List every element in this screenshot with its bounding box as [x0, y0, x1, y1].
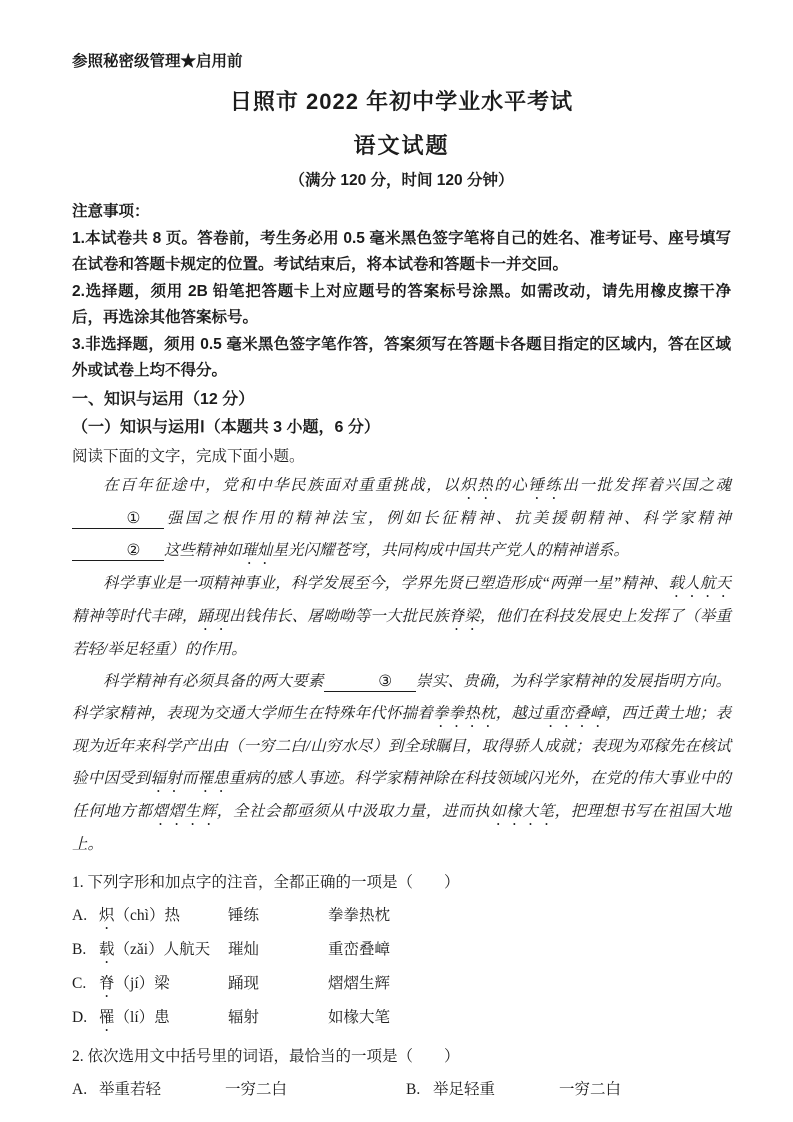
passage-text: 锤练	[228, 907, 259, 924]
passage-text: 辐射	[228, 1009, 259, 1026]
option-word: 一穷二白	[225, 1073, 406, 1106]
passage-text: 出钱伟长、屠呦呦等一大批民族	[229, 608, 449, 625]
passage-text: （jí）梁	[115, 975, 170, 992]
notice-item: 2.选择题，须用 2B 铅笔把答题卡上对应题号的答案标号涂黑。如需改动，请先用橡…	[72, 279, 731, 332]
option-word: 脊（jí）梁	[99, 967, 228, 1001]
subsection-heading: （一）知识与运用Ⅰ（本题共 3 小题，6 分）	[72, 415, 731, 441]
passage-paragraph: 科学事业是一项精神事业，科学发展至今，学界先贤已塑造形成“两弹一星”精神、载人航…	[72, 568, 731, 666]
security-classification-line: 参照秘密级管理★启用前	[72, 52, 731, 72]
option-word: 一穷二白	[559, 1073, 740, 1106]
answer-blank: ①	[72, 510, 164, 529]
emphasized-word: 重峦叠嶂	[543, 705, 606, 722]
question-2-options: A.举重若轻一穷二白B.举足轻重一穷二白	[72, 1073, 731, 1106]
emphasized-word: 踊现	[198, 608, 229, 625]
option-label: B.	[72, 933, 99, 967]
answer-blank: ②	[72, 542, 164, 561]
option-word: 举足轻重	[433, 1073, 559, 1106]
emphasized-word: 锤练	[528, 477, 562, 494]
option-label: C.	[72, 967, 99, 1001]
option-label: A.	[72, 899, 99, 933]
option-row: B.载（zǎi）人航天璀灿重峦叠嶂	[72, 933, 731, 967]
passage-text: （lí）患	[115, 1009, 170, 1026]
emphasized-word: 璀灿	[242, 542, 273, 559]
passage-text: 的心	[494, 477, 528, 494]
option-word: 载（zǎi）人航天	[99, 933, 228, 967]
notice-item: 1.本试卷共 8 页。答卷前，考生务必用 0.5 毫米黑色签字笔将自己的姓名、准…	[72, 226, 731, 279]
passage-text: 拳拳热枕	[328, 907, 390, 924]
emphasized-word: 熠熠生辉	[152, 803, 216, 820]
emphasized-word: 拳拳热枕	[433, 705, 496, 722]
exam-score-time: （满分 120 分，时间 120 分钟）	[72, 171, 731, 191]
emphasized-word: 载人航天	[669, 575, 731, 592]
option-word: 锤练	[228, 899, 328, 933]
option-label: A.	[72, 1073, 99, 1106]
question-1-options: A.炽（chì）热锤练拳拳热枕B.载（zǎi）人航天璀灿重峦叠嶂C.脊（jí）梁…	[72, 899, 731, 1035]
option-word: 炽（chì）热	[99, 899, 228, 933]
question-1: 1. 下列字形和加点字的注音，全都正确的一项是（ ） A.炽（chì）热锤练拳拳…	[72, 867, 731, 1035]
passage-text: 出一批发挥着兴国之魂	[562, 477, 731, 494]
passage-text: ，全社会都亟须从中汲取力量，进而执	[217, 803, 490, 820]
passage-text: 精神等时代丰碑，	[72, 608, 198, 625]
exam-paper-page: 参照秘密级管理★启用前 日照市 2022 年初中学业水平考试 语文试题 （满分 …	[0, 0, 793, 1122]
exam-title: 日照市 2022 年初中学业水平考试	[72, 88, 731, 116]
emphasized-word: 罹患	[198, 770, 229, 787]
emphasized-word: 脊	[99, 975, 115, 992]
passage-text: 科学事业是一项精神事业，科学发展至今，学界先贤已塑造形成“两弹一星”精神、	[103, 575, 669, 592]
option-word: 辐射	[228, 1001, 328, 1035]
emphasized-word: 辐射	[150, 770, 181, 787]
option-row: C.脊（jí）梁踊现熠熠生辉	[72, 967, 731, 1001]
option-word: 罹（lí）患	[99, 1001, 228, 1035]
emphasized-word: 载	[99, 941, 115, 958]
passage-text: 熠熠生辉	[328, 975, 390, 992]
emphasized-word: 炽热	[460, 477, 494, 494]
exam-subject-title: 语文试题	[72, 133, 731, 159]
option-row: D.罹（lí）患辐射如椽大笔	[72, 1001, 731, 1035]
passage-text: 踊现	[228, 975, 259, 992]
notice-heading: 注意事项：	[72, 199, 731, 226]
passage-text: 在百年征途中，党和中华民族面对重重挑战，以	[103, 477, 460, 494]
passage-paragraph: 在百年征途中，党和中华民族面对重重挑战，以炽热的心锤练出一批发挥着兴国之魂①强国…	[72, 470, 731, 568]
emphasized-word: 如椽大笔	[490, 803, 554, 820]
passage-text: 如椽大笔	[328, 1009, 390, 1026]
question-1-stem: 1. 下列字形和加点字的注音，全都正确的一项是（ ）	[72, 867, 731, 899]
notice-item: 3.非选择题，须用 0.5 毫米黑色签字笔作答，答案须写在答题卡各题目指定的区域…	[72, 332, 731, 385]
passage-text: 璀灿	[228, 941, 259, 958]
section-heading: 一、知识与运用（12 分）	[72, 387, 731, 413]
passage-text: 星光闪耀苍穹，共同构成中国共产党人的精神谱系。	[273, 542, 630, 559]
notice-items: 1.本试卷共 8 页。答卷前，考生务必用 0.5 毫米黑色签字笔将自己的姓名、准…	[72, 226, 731, 385]
option-word: 举重若轻	[99, 1073, 225, 1106]
passage-paragraph: 科学精神有必须具备的两大要素③崇实、贵确，为科学家精神的发展指明方向。科学家精神…	[72, 666, 731, 861]
passage-intro: 阅读下面的文字，完成下面小题。	[72, 443, 731, 470]
passage-text: 这些精神如	[164, 542, 242, 559]
option-label: B.	[406, 1073, 433, 1106]
option-word: 熠熠生辉	[328, 967, 390, 1001]
option-label: D.	[72, 1001, 99, 1035]
notice-block: 注意事项： 1.本试卷共 8 页。答卷前，考生务必用 0.5 毫米黑色签字笔将自…	[72, 199, 731, 385]
passage-text: ，越过	[496, 705, 543, 722]
passage-text: 科学精神有必须具备的两大要素	[103, 673, 324, 690]
emphasized-word: 脊梁	[449, 608, 480, 625]
passage-text: （zǎi）人航天	[115, 941, 211, 958]
emphasized-word: 炽	[99, 907, 115, 924]
passage-text: （chì）热	[115, 907, 180, 924]
option-word: 拳拳热枕	[328, 899, 390, 933]
option-word: 如椽大笔	[328, 1001, 390, 1035]
passage-text: 强国之根作用的精神法宝，例如长征精神、抗美援朝精神、科学家精神	[164, 510, 731, 527]
passage-text: 重峦叠嶂	[328, 941, 390, 958]
answer-blank: ③	[324, 673, 416, 692]
question-2-stem: 2. 依次选用文中括号里的词语，最恰当的一项是（ ）	[72, 1041, 731, 1073]
emphasized-word: 罹	[99, 1009, 115, 1026]
question-2: 2. 依次选用文中括号里的词语，最恰当的一项是（ ） A.举重若轻一穷二白B.举…	[72, 1041, 731, 1106]
reading-passage: 在百年征途中，党和中华民族面对重重挑战，以炽热的心锤练出一批发挥着兴国之魂①强国…	[72, 470, 731, 861]
passage-text: 而	[182, 770, 198, 787]
option-word: 重峦叠嶂	[328, 933, 390, 967]
option-word: 璀灿	[228, 933, 328, 967]
option-row: A.炽（chì）热锤练拳拳热枕	[72, 899, 731, 933]
option-word: 踊现	[228, 967, 328, 1001]
